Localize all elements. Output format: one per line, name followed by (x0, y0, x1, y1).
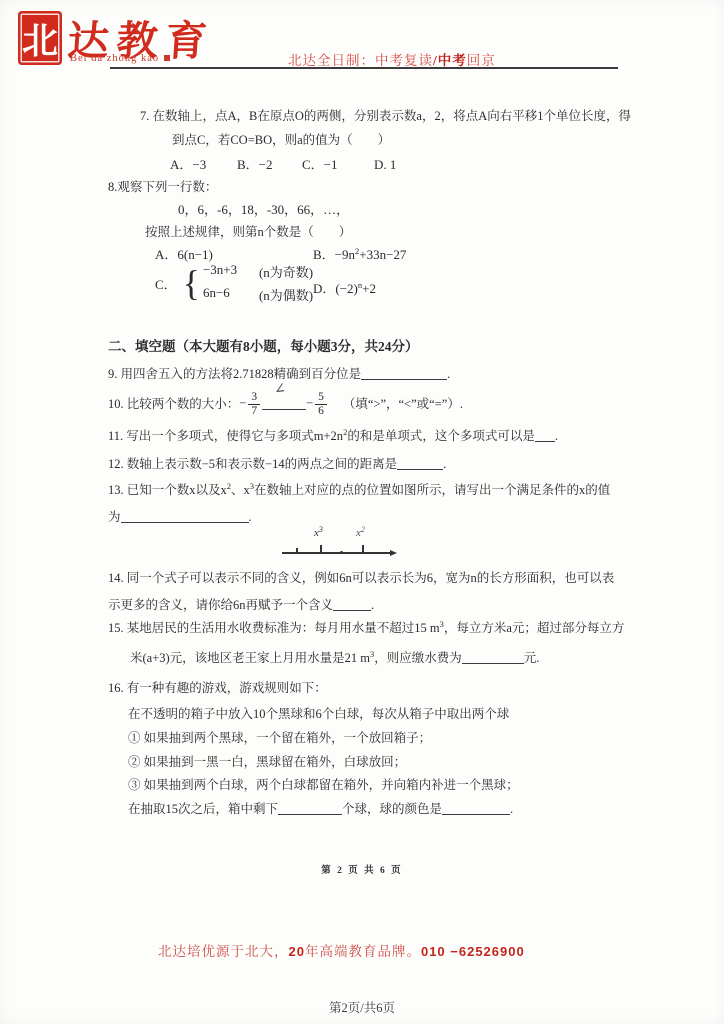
scanned-exam-page: 北 达教育 Bei da zhong kao 北达全日制：中考复读/中考回京 7… (0, 0, 724, 1024)
q16-rule3: ③ 如果抽到两个白球，两个白球都留在箱外，并向箱内补进一个黑球； (128, 778, 519, 794)
q8-option-a: A．6(n−1) (155, 247, 213, 263)
footer-slogan: 北达培优源于北大，20年高端教育品牌。010 −62526900 (158, 940, 525, 960)
q16-line2: 在不透明的箱子中放入10个黑球和6个白球，每次从箱子中取出两个球 (128, 707, 509, 723)
q15-line1: 15. 某地居民的生活用水收费标准为：每月用水量不超过15 m3，每立方米a元；… (108, 621, 624, 637)
fraction-5-6: 56 (315, 391, 327, 417)
q7-option-a: A．−3 (170, 157, 206, 173)
point-dot (340, 551, 343, 554)
q8-option-b: B．−9n2+33n−27 (313, 247, 406, 263)
q7-line2: 到点C，若CO=BO，则a的值为（ ） (172, 133, 390, 149)
number-line-figure: x3 x2 (282, 526, 402, 562)
q12-line: 12. 数轴上表示数−5和表示数−14的两点之间的距离是. (108, 456, 446, 473)
tick-mark-x2 (362, 545, 364, 553)
q15-blank (462, 650, 524, 664)
red-square-icon (164, 55, 170, 61)
section2-heading: 二、填空题（本大题有8小题，每小题3分，共24分） (108, 339, 419, 356)
q14-line2: 示更多的含义，请你给6n再赋予一个含义. (108, 597, 374, 614)
brace-glyph: { (183, 265, 200, 301)
q11-blank (535, 428, 555, 442)
q10-line: 10. 比较两个数的大小：−37∠−56（填“>”，“<”或“=”）. (108, 392, 463, 418)
q7-line1: 7. 在数轴上，点A，B在原点O的两侧，分别表示数a，2，将点A向右平移1个单位… (140, 109, 631, 125)
fraction-3-7: 37 (248, 391, 260, 417)
label-x-cubed: x3 (314, 527, 323, 539)
q10-blank-wrap: ∠ (262, 396, 306, 413)
q8-sequence: 0，6，-6，18，-30，66，…， (178, 202, 349, 218)
q13-line2: 为. (108, 509, 252, 526)
outer-page-number: 第2页/共6页 (0, 998, 724, 1016)
q8-option-c: C． { −3n+3(n为奇数) 6n−6(n为偶数) (155, 262, 313, 304)
q7-option-b: B．−2 (237, 157, 273, 173)
q16-rule2: ② 如果抽到一黑一白，黑球留在箱外，白球放回； (128, 755, 406, 771)
q8-line3: 按照上述规律，则第n个数是（ ） (145, 225, 351, 241)
q13-line1: 13. 已知一个数x以及x2、x3在数轴上对应的点的位置如图所示，请写出一个满足… (108, 483, 610, 499)
q7-option-c: C．−1 (302, 157, 338, 173)
q16-blank2 (442, 801, 510, 815)
seal-character: 北 (22, 13, 58, 64)
q12-blank (397, 456, 443, 470)
axis-arrow-icon (390, 550, 397, 556)
q8-option-d: D．(−2)n+2 (313, 281, 376, 297)
q16-last-line: 在抽取15次之后，箱中剩下个球，球的颜色是. (128, 801, 513, 818)
q14-blank (333, 597, 371, 611)
handwritten-answer: ∠ (273, 380, 286, 399)
q11-line: 11. 写出一个多项式，使得它与多项式m+2n2的和是单项式，这个多项式可以是. (108, 428, 558, 445)
inner-page-number: 第 2 页 共 6 页 (0, 862, 724, 876)
q10-blank (262, 396, 306, 410)
q16-rule1: ① 如果抽到两个黑球，一个留在箱外，一个放回箱子； (128, 731, 431, 747)
q9-blank (361, 366, 447, 380)
q14-line1: 14. 同一个式子可以表示不同的含义，例如6n可以表示长为6，宽为n的长方形面积… (108, 571, 614, 587)
tick-mark (296, 548, 298, 553)
label-x-squared: x2 (356, 527, 365, 539)
q13-blank (121, 509, 249, 523)
tick-mark-x3 (320, 545, 322, 553)
q7-option-d: D. 1 (374, 157, 396, 173)
brand-subtitle: Bei da zhong kao (70, 53, 170, 64)
q8-line1: 8.观察下列一行数： (108, 180, 217, 196)
q15-line2: 米(a+3)元，该地区老王家上月用水量是21 m3，则应缴水费为元. (130, 650, 539, 667)
number-line-axis (282, 552, 392, 554)
header-banner: 北达全日制：中考复读/中考回京 (288, 49, 496, 69)
brand-seal-icon: 北 (18, 11, 62, 65)
header-divider (110, 67, 618, 69)
q16-blank1 (278, 801, 342, 815)
q16-line1: 16. 有一种有趣的游戏，游戏规则如下： (108, 681, 327, 697)
